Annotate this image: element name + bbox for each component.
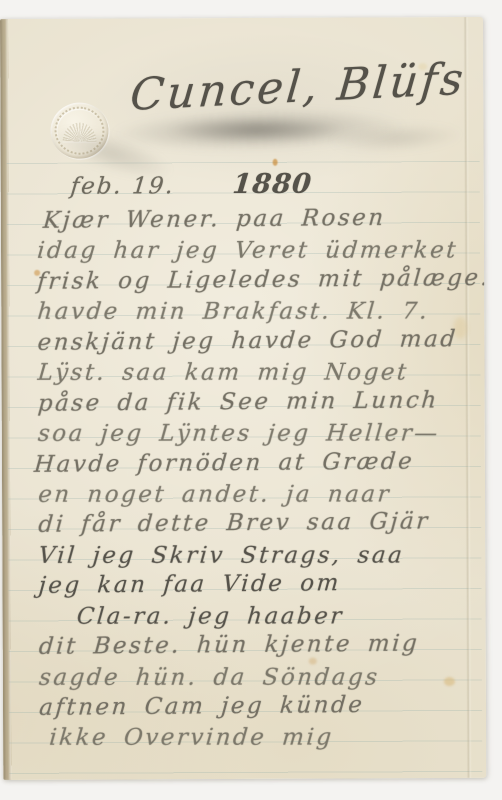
handwritten-line: dit Beste. hün kjente mig <box>38 630 481 664</box>
handwritten-line: di får dette Brev saa Gjär <box>37 508 480 542</box>
handwritten-line: Lÿst. saa kam mig Noget <box>36 360 479 391</box>
handwritten-line: jeg kan faa Vide om <box>37 569 480 603</box>
handwritten-line: ikke Overvinde mig <box>48 725 481 756</box>
handwritten-line: soa jeg Lÿntes jeg Heller— <box>37 421 480 452</box>
photo-backdrop: Cuncel, Blüfs feb. 19.1880 Kjær Wener. p… <box>0 0 502 800</box>
letter-paper: Cuncel, Blüfs feb. 19.1880 Kjær Wener. p… <box>0 17 486 780</box>
handwritten-line: Kjær Wener. paa Rosen <box>42 204 479 238</box>
handwritten-line: Havde fornöden at Græde <box>33 447 480 481</box>
letter-dateline: feb. 19.1880 <box>71 169 312 201</box>
letter-body: Kjær Wener. paa Rosen idag har jeg Veret… <box>37 206 479 756</box>
handwritten-line: havde min Brakfast. Kl. 7. <box>36 299 479 330</box>
letter-date-day: feb. 19. <box>69 173 176 199</box>
handwritten-line: aftnen Cam jeg künde <box>38 691 481 725</box>
handwritten-line: påse da fik See min Lunch <box>36 387 479 421</box>
handwritten-line: Cla-ra. jeg haaber <box>75 603 480 634</box>
handwritten-line: sagde hün. da Söndags <box>38 664 481 695</box>
handwritten-line: idag har jeg Veret üdmerket <box>36 238 479 269</box>
handwritten-line: frisk og Ligeledes mit pålæge. <box>36 265 479 299</box>
handwritten-line: Vil jeg Skriv Strags, saa <box>37 542 480 573</box>
letter-date-year: 1880 <box>231 169 313 200</box>
handwritten-line: enskjänt jeg havde God mad <box>36 326 479 360</box>
letter-heading-place: Cuncel, Blüfs <box>128 54 468 121</box>
foxing-stain <box>273 159 278 166</box>
